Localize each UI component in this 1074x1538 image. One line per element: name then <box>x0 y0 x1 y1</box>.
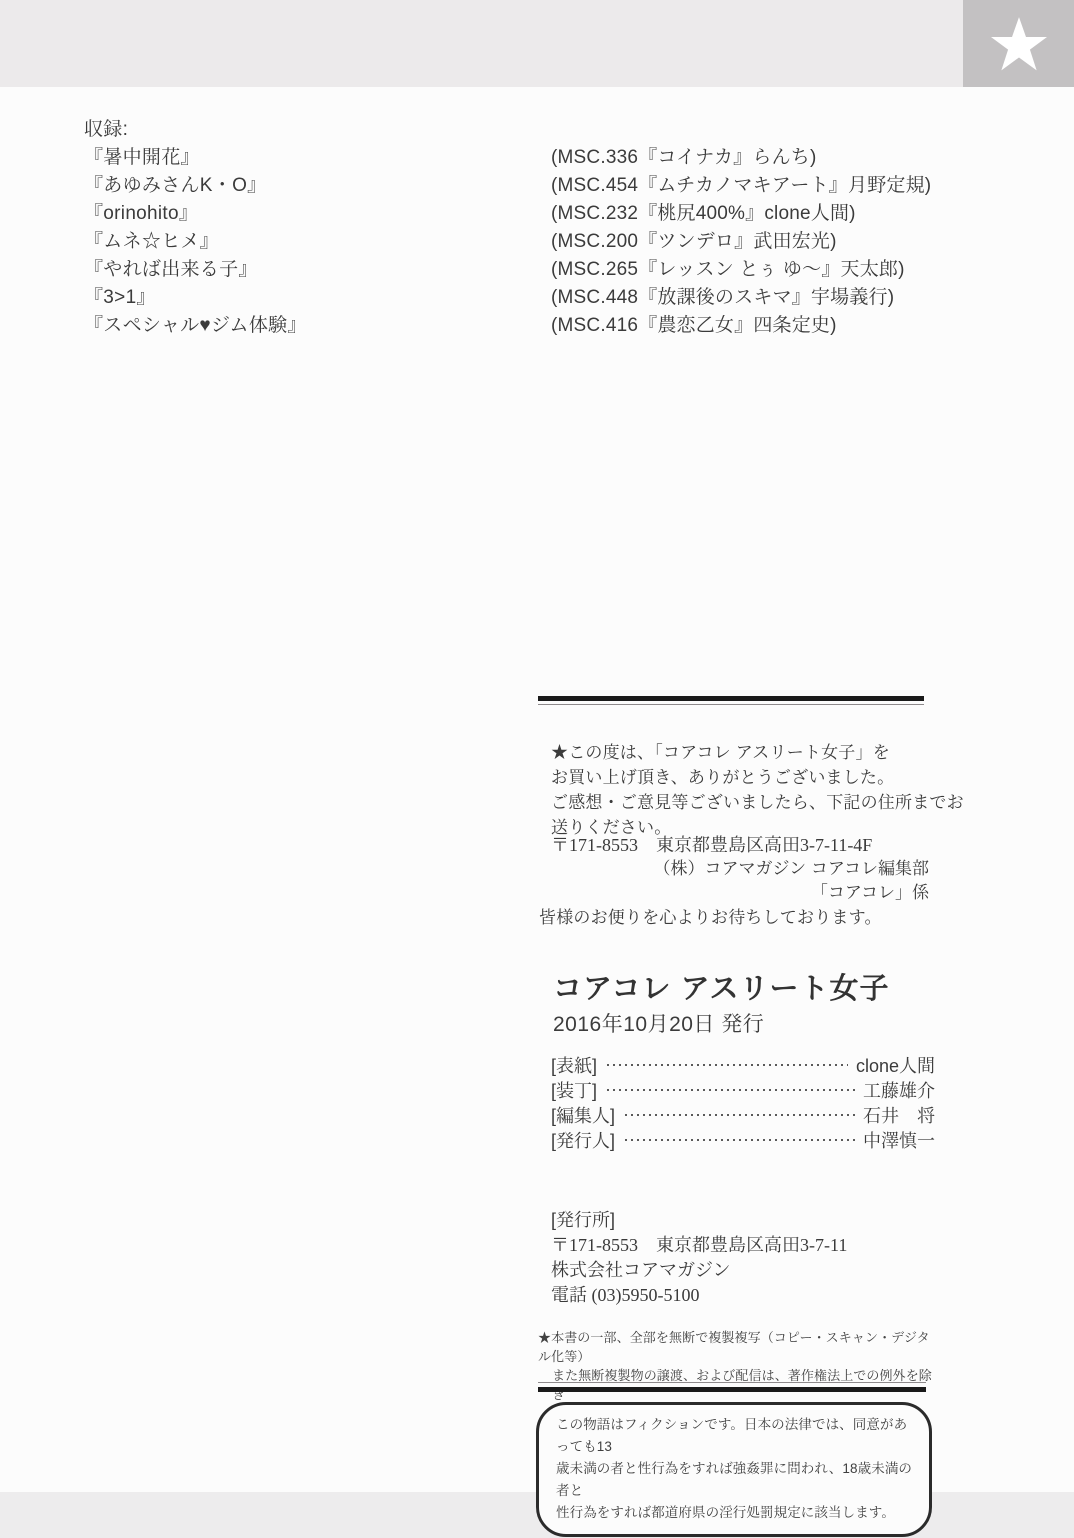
dot-leader <box>623 1135 855 1145</box>
mail-address-postal: 〒171-8553 東京都豊島区高田3-7-11-4F <box>551 833 929 857</box>
star-icon <box>990 16 1048 72</box>
toc-title: 『やれば出来る子』 <box>84 256 307 284</box>
credit-label: [表紙] <box>551 1052 597 1078</box>
mail-address-company: （株）コアマガジン コアコレ編集部 <box>551 857 929 881</box>
mail-address-block: 〒171-8553 東京都豊島区高田3-7-11-4F （株）コアマガジン コア… <box>551 833 929 905</box>
fiction-line: この物語はフィクションです。日本の法律では、同意があっても13 <box>556 1414 914 1458</box>
publisher-address: 〒171-8553 東京都豊島区高田3-7-11 <box>551 1233 847 1258</box>
thick-rule <box>538 696 924 701</box>
colophon-page: 収録: 『暑中開花』 『あゆみさんK・O』 『orinohito』 『ムネ☆ヒメ… <box>0 0 1074 1538</box>
thanks-note: ★この度は、「コアコレ アスリート女子」を お買い上げ頂き、ありがとうございまし… <box>551 740 964 840</box>
credit-row-issuer: [発行人] 中澤慎一 <box>551 1127 935 1152</box>
mail-address-attn: 「コアコレ」係 <box>551 881 929 905</box>
toc-title: 『3>1』 <box>84 284 307 312</box>
toc-title: 『ムネ☆ヒメ』 <box>84 228 307 256</box>
thanks-line: ★この度は、「コアコレ アスリート女子」を <box>551 740 964 765</box>
toc-source: (MSC.454『ムチカノマキアート』月野定規) <box>551 172 931 200</box>
toc-source: (MSC.232『桃尻400%』clone人間) <box>551 200 931 228</box>
publisher-company: 株式会社コアマガジン <box>551 1258 847 1283</box>
credit-name: clone人間 <box>856 1052 935 1078</box>
fiction-disclaimer-box: この物語はフィクションです。日本の法律では、同意があっても13 歳未満の者と性行… <box>536 1402 932 1537</box>
thick-rule <box>538 1387 926 1392</box>
credit-label: [装丁] <box>551 1077 597 1103</box>
toc-titles-column: 収録: 『暑中開花』 『あゆみさんK・O』 『orinohito』 『ムネ☆ヒメ… <box>84 116 307 340</box>
publisher-phone: 電話 (03)5950-5100 <box>551 1283 847 1308</box>
toc-title: 『スペシャル♥ジム体験』 <box>84 312 307 340</box>
toc-title: 『あゆみさんK・O』 <box>84 172 307 200</box>
fiction-line: 性行為をすれば都道府県の淫行処罰規定に該当します。 <box>556 1502 914 1524</box>
toc-title: 『orinohito』 <box>84 200 307 228</box>
issue-date: 2016年10月20日 発行 <box>553 1008 764 1038</box>
dot-leader <box>605 1085 855 1095</box>
thanks-line: ご感想・ご意見等ございましたら、下記の住所までお <box>551 790 964 815</box>
credit-row-editor: [編集人] 石井 将 <box>551 1102 935 1127</box>
toc-source: (MSC.448『放課後のスキマ』宇場義行) <box>551 284 931 312</box>
credit-label: [発行人] <box>551 1127 615 1153</box>
corner-star-tab <box>963 0 1074 87</box>
credit-name: 工藤雄介 <box>863 1077 935 1103</box>
credit-row-cover: [表紙] clone人間 <box>551 1052 935 1077</box>
toc-source: (MSC.416『農恋乙女』四条定史) <box>551 312 931 340</box>
toc-title: 『暑中開花』 <box>84 144 307 172</box>
thin-rule <box>538 704 924 705</box>
credit-name: 石井 将 <box>863 1102 935 1128</box>
toc-heading: 収録: <box>84 116 307 144</box>
staff-credits: [表紙] clone人間 [装丁] 工藤雄介 [編集人] 石井 将 [発行人] … <box>551 1052 935 1152</box>
toc-source: (MSC.200『ツンデロ』武田宏光) <box>551 228 931 256</box>
publisher-heading: [発行所] <box>551 1208 847 1233</box>
toc-source: (MSC.336『コイナカ』らんち) <box>551 144 931 172</box>
toc-source: (MSC.265『レッスン とぅ ゆ～』天太郎) <box>551 256 931 284</box>
credit-row-design: [装丁] 工藤雄介 <box>551 1077 935 1102</box>
book-title: コアコレ アスリート女子 <box>553 966 889 1007</box>
dot-leader <box>605 1060 848 1070</box>
toc-sources-column: (MSC.336『コイナカ』らんち) (MSC.454『ムチカノマキアート』月野… <box>551 144 931 340</box>
dot-leader <box>623 1110 855 1120</box>
fiction-line: 歳未満の者と性行為をすれば強姦罪に問われ、18歳未満の者と <box>556 1458 914 1502</box>
thin-rule <box>538 1382 926 1383</box>
colophon-top-rule <box>538 696 924 705</box>
credit-label: [編集人] <box>551 1102 615 1128</box>
colophon-bottom-rule <box>538 1382 926 1392</box>
thanks-line: お買い上げ頂き、ありがとうございました。 <box>551 765 964 790</box>
publisher-block: [発行所] 〒171-8553 東京都豊島区高田3-7-11 株式会社コアマガジ… <box>551 1208 847 1308</box>
credit-name: 中澤慎一 <box>863 1127 935 1153</box>
waiting-line: 皆様のお便りを心よりお待ちしております。 <box>539 903 882 928</box>
copyright-line: ★本書の一部、全部を無断で複製複写（コピー・スキャン・デジタル化等） <box>538 1328 942 1366</box>
top-margin-band <box>0 0 1074 87</box>
